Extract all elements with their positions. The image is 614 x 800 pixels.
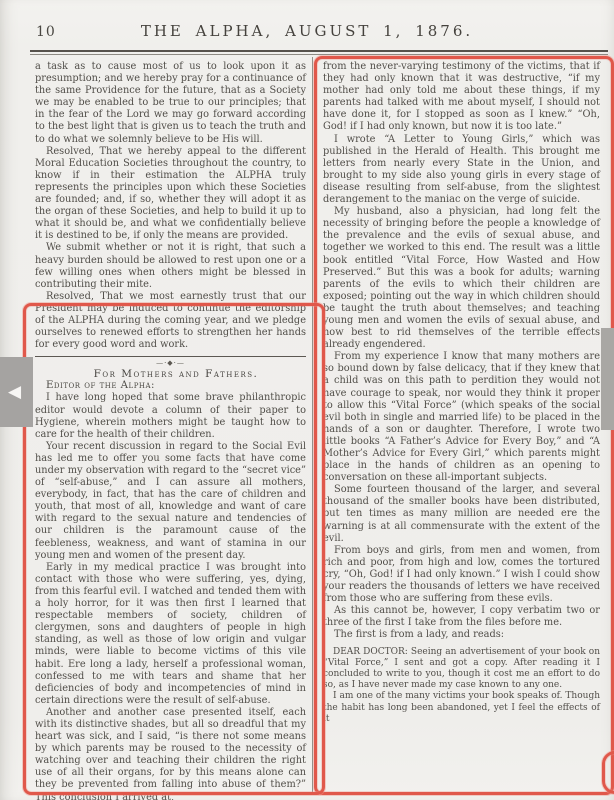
highlight-box-left-column	[23, 303, 325, 795]
left-arrow-icon: ◀	[8, 384, 21, 401]
highlight-box-right-column	[314, 56, 614, 795]
paragraph: We submit whether or not it is right, th…	[35, 242, 306, 290]
previous-page-button[interactable]: ◀	[0, 357, 33, 427]
paragraph: a task as to cause most of us to look up…	[35, 61, 306, 146]
scanned-page: 10 THE ALPHA, AUGUST 1, 1876. a task as …	[0, 0, 614, 800]
header-rule	[30, 50, 608, 55]
paragraph: Resolved, That we hereby appeal to the d…	[35, 146, 306, 243]
highlight-box-corner-fragment	[602, 751, 614, 794]
masthead-title: THE ALPHA, AUGUST 1, 1876.	[0, 22, 614, 40]
scrollbar-thumb[interactable]	[601, 328, 614, 430]
